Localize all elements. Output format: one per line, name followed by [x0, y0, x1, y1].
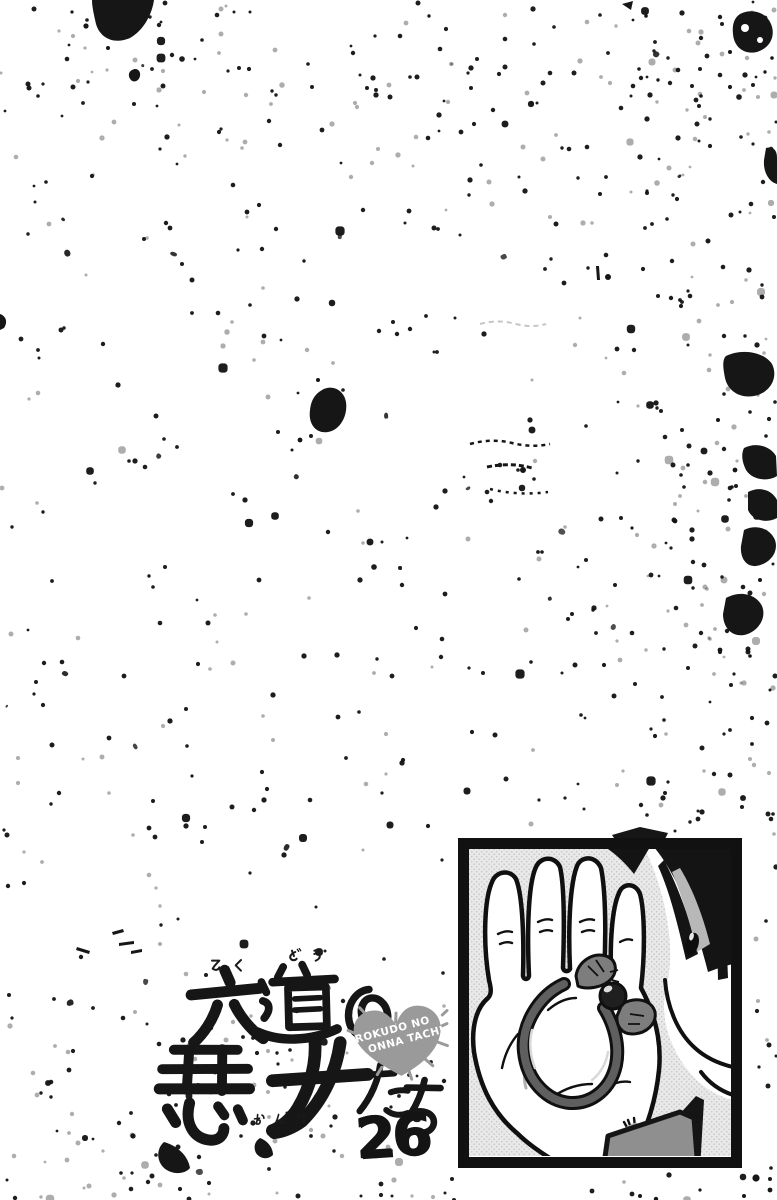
ink-speck	[500, 253, 507, 260]
furigana-onna	[252, 1112, 309, 1131]
ink-speck	[141, 64, 145, 68]
ink-speck	[678, 174, 682, 178]
volume-number: 26	[354, 1102, 432, 1173]
ink-speck	[155, 453, 162, 460]
ink-speck	[283, 843, 291, 852]
ink-speck	[547, 596, 552, 601]
ink-speck	[61, 670, 69, 678]
ink-speck	[63, 249, 71, 257]
ink-speck	[652, 50, 661, 58]
ink-speck	[60, 217, 66, 222]
ink-speck	[293, 473, 300, 480]
ink-speck	[610, 623, 617, 630]
manga-insert-page: ROKUDO NO ONNA TACHI 26	[0, 0, 777, 1200]
ink-speck	[398, 566, 402, 571]
ink-speck	[384, 413, 388, 419]
ink-speck	[338, 233, 342, 239]
ink-speck	[557, 527, 566, 536]
ink-speck	[466, 486, 471, 491]
romaji-heart-badge: ROKUDO NO ONNA TACHI	[345, 997, 452, 1086]
ink-speck	[132, 743, 139, 750]
speckle-field	[0, 0, 2, 2]
title-glyph-aku	[146, 1040, 260, 1154]
ink-speck	[5, 704, 9, 708]
illustration-panel	[458, 838, 742, 1168]
ink-speck	[169, 251, 177, 257]
